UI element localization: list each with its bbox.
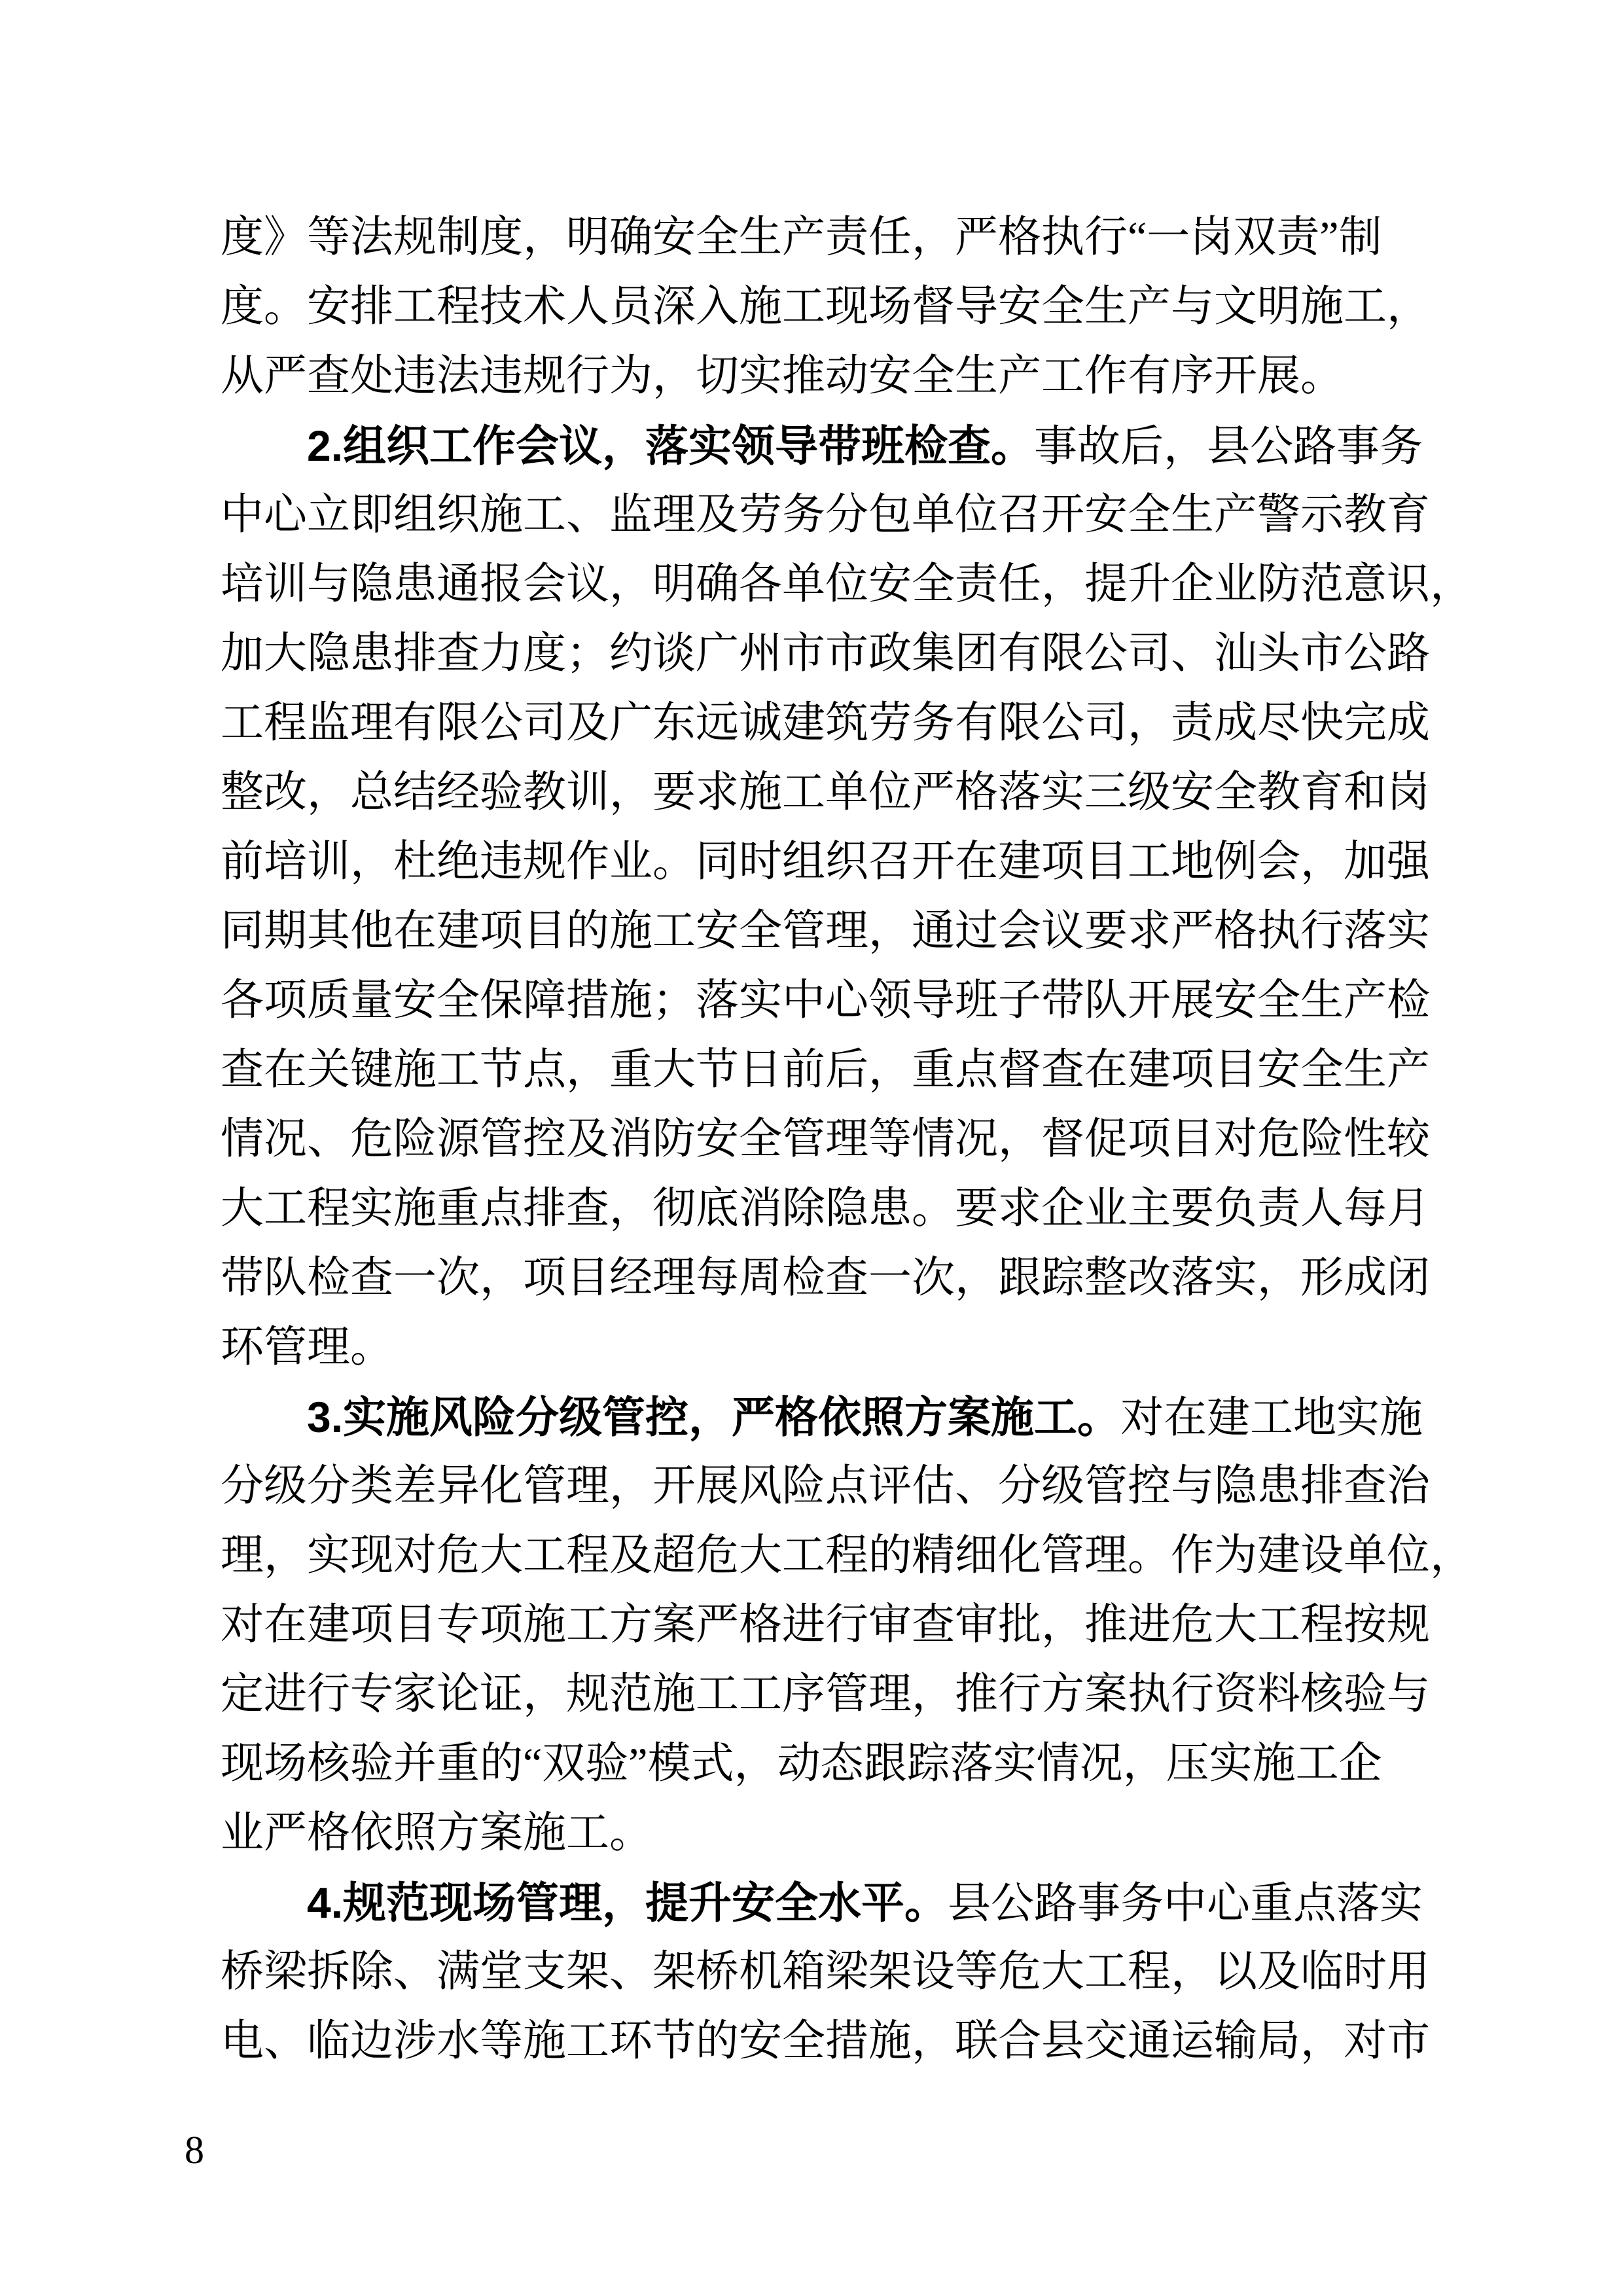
text-segment: 度。安排工程技术人员深入施工现场督导安全生产与文明施工， [221,283,1430,331]
text-line: 查在关键施工节点，重大节日前后，重点督查在建项目安全生产 [221,1035,1430,1105]
text-segment: 度》等法规制度，明确安全生产责任，严格执行“一岗双责”制 [221,213,1382,261]
text-segment: 整改，总结经验教训，要求施工单位严格落实三级安全教育和岗 [221,768,1430,816]
text-line: 现场核验并重的“双验”模式，动态跟踪落实情况，压实施工企 [221,1729,1430,1799]
text-line: 加大隐患排查力度；约谈广州市市政集团有限公司、汕头市公路 [221,619,1430,689]
text-line: 中心立即组织施工、监理及劳务分包单位召开安全生产警示教育 [221,480,1430,550]
text-segment: 从严查处违法违规行为，切实推动安全生产工作有序开展。 [221,352,1344,400]
text-segment: 各项质量安全保障措施；落实中心领导班子带队开展安全生产检 [221,977,1430,1024]
text-segment: 环管理。 [221,1323,393,1371]
text-line: 定进行专家论证，规范施工工序管理，推行方案执行资料核验与 [221,1660,1430,1729]
text-segment: 县公路事务中心重点落实 [948,1880,1423,1928]
text-segment: 情况、危险源管控及消防安全管理等情况，督促项目对危险性较 [221,1115,1430,1163]
text-segment: 现场核验并重的“双验”模式，动态跟踪落实情况，压实施工企 [221,1740,1382,1787]
text-line: 度》等法规制度，明确安全生产责任，严格执行“一岗双责”制 [221,203,1430,272]
heading-segment: 3.实施风险分级管控，严格依照方案施工。 [307,1393,1120,1441]
text-line: 业严格依照方案施工。 [221,1799,1430,1868]
heading-segment: 2.组织工作会议，落实领导带班检查。 [307,422,1034,470]
text-segment: 桥梁拆除、满堂支架、架桥机箱梁架设等危大工程，以及临时用 [221,1948,1430,1996]
text-line: 环管理。 [221,1313,1430,1382]
text-segment: 同期其他在建项目的施工安全管理，通过会议要求严格执行落实 [221,907,1430,955]
text-line: 前培训，杜绝违规作业。同时组织召开在建项目工地例会，加强 [221,827,1430,897]
text-line: 情况、危险源管控及消防安全管理等情况，督促项目对危险性较 [221,1105,1430,1174]
text-segment: 培训与隐患通报会议，明确各单位安全责任，提升企业防范意识， [221,560,1473,608]
text-segment: 定进行专家论证，规范施工工序管理，推行方案执行资料核验与 [221,1670,1430,1718]
text-line: 各项质量安全保障措施；落实中心领导班子带队开展安全生产检 [221,966,1430,1035]
text-line: 对在建项目专项施工方案严格进行审查审批，推进危大工程按规 [221,1590,1430,1660]
text-segment: 大工程实施重点排查，彻底消除隐患。要求企业主要负责人每月 [221,1185,1430,1232]
text-line: 大工程实施重点排查，彻底消除隐患。要求企业主要负责人每月 [221,1174,1430,1244]
document-page: 度》等法规制度，明确安全生产责任，严格执行“一岗双责”制度。安排工程技术人员深入… [0,0,1623,2296]
text-line: 3.实施风险分级管控，严格依照方案施工。对在建工地实施 [221,1382,1430,1452]
text-line: 分级分类差异化管理，开展风险点评估、分级管控与隐患排查治 [221,1452,1430,1521]
text-line: 工程监理有限公司及广东远诚建筑劳务有限公司，责成尽快完成 [221,689,1430,758]
text-line: 4.规范现场管理，提升安全水平。县公路事务中心重点落实 [221,1868,1430,1937]
text-segment: 理，实现对危大工程及超危大工程的精细化管理。作为建设单位， [221,1532,1473,1579]
text-line: 度。安排工程技术人员深入施工现场督导安全生产与文明施工， [221,272,1430,342]
text-segment: 工程监理有限公司及广东远诚建筑劳务有限公司，责成尽快完成 [221,699,1430,747]
text-line: 带队检查一次，项目经理每周检查一次，跟踪整改落实，形成闭 [221,1244,1430,1313]
text-line: 桥梁拆除、满堂支架、架桥机箱梁架设等危大工程，以及临时用 [221,1937,1430,2007]
text-segment: 分级分类差异化管理，开展风险点评估、分级管控与隐患排查治 [221,1462,1430,1510]
text-segment: 事故后，县公路事务 [1034,423,1423,471]
heading-segment: 4.规范现场管理，提升安全水平。 [307,1878,948,1927]
text-segment: 查在关键施工节点，重大节日前后，重点督查在建项目安全生产 [221,1046,1430,1094]
text-segment: 电、临边涉水等施工环节的安全措施，联合县交通运输局，对市 [221,2017,1430,2065]
text-line: 从严查处违法违规行为，切实推动安全生产工作有序开展。 [221,342,1430,411]
text-segment: 对在建项目专项施工方案严格进行审查审批，推进危大工程按规 [221,1601,1430,1649]
text-line: 电、临边涉水等施工环节的安全措施，联合县交通运输局，对市 [221,2007,1430,2076]
text-line: 理，实现对危大工程及超危大工程的精细化管理。作为建设单位， [221,1521,1430,1590]
text-segment: 业严格依照方案施工。 [221,1809,652,1857]
text-line: 同期其他在建项目的施工安全管理，通过会议要求严格执行落实 [221,897,1430,966]
text-segment: 加大隐患排查力度；约谈广州市市政集团有限公司、汕头市公路 [221,630,1430,677]
page-number: 8 [185,2128,204,2172]
text-segment: 中心立即组织施工、监理及劳务分包单位召开安全生产警示教育 [221,491,1430,539]
text-line: 2.组织工作会议，落实领导带班检查。事故后，县公路事务 [221,411,1430,480]
text-segment: 前培训，杜绝违规作业。同时组织召开在建项目工地例会，加强 [221,838,1430,886]
text-line: 培训与隐患通报会议，明确各单位安全责任，提升企业防范意识， [221,550,1430,619]
body-text: 度》等法规制度，明确安全生产责任，严格执行“一岗双责”制度。安排工程技术人员深入… [221,203,1430,2076]
text-segment: 带队检查一次，项目经理每周检查一次，跟踪整改落实，形成闭 [221,1254,1430,1302]
text-line: 整改，总结经验教训，要求施工单位严格落实三级安全教育和岗 [221,758,1430,827]
text-segment: 对在建工地实施 [1120,1394,1423,1442]
